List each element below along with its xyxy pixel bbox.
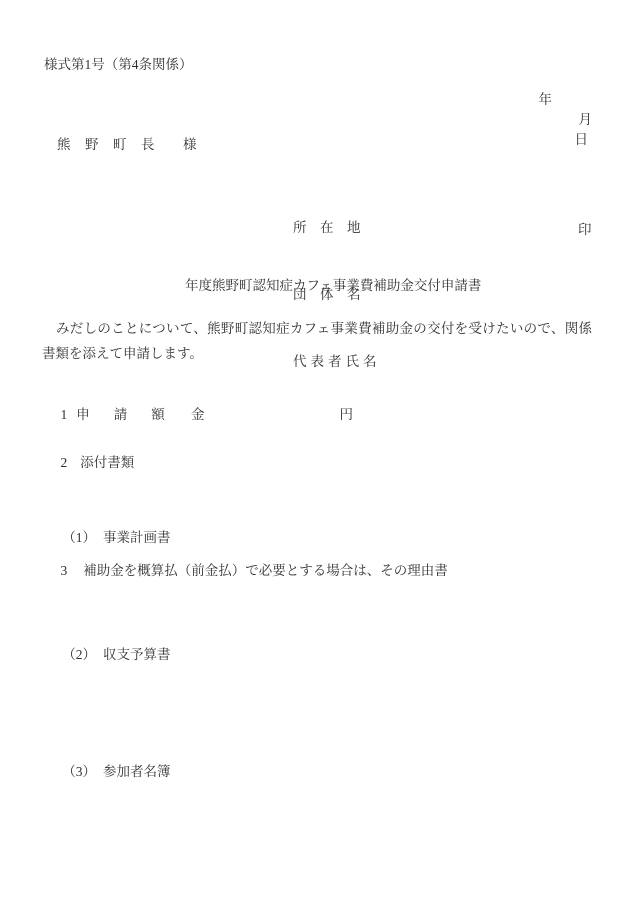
document-page: 様式第1号（第4条関係） 年 月 日 熊 野 町 長 様 所 在 地 団 体 名… (0, 0, 630, 915)
year-label: 年 (539, 92, 553, 107)
body-paragraph: みだしのことについて、熊野町認知症カフェ事業費補助金の交付を受けたいので、関係書… (42, 317, 592, 366)
amount-label: 申 請 額 (76, 407, 170, 422)
day-label: 日 (575, 132, 589, 147)
document-title: 年度熊野町認知症カフェ事業費補助金交付申請書 (185, 274, 481, 294)
amount-currency-suffix: 円 (340, 407, 354, 422)
sender-block: 所 在 地 団 体 名 代表者氏名 (293, 172, 381, 418)
attachment-item: （3）参加者名簿 (42, 737, 171, 807)
attachment-item-label: 参加者名簿 (103, 764, 171, 779)
attachment-item-label: 収支予算書 (103, 647, 171, 662)
attachment-item: （2）収支予算書 (42, 620, 171, 690)
address-label: 所 在 地 (293, 217, 381, 239)
prepayment-note-row: 3補助金を概算払（前金払）で必要とする場合は、その理由書 (47, 543, 448, 595)
month-label: 月 (579, 112, 593, 127)
prepayment-note-text: 補助金を概算払（前金払）で必要とする場合は、その理由書 (83, 563, 448, 578)
amount-currency-prefix: 金 (191, 407, 205, 422)
seal-mark: 印 (578, 218, 592, 238)
attachments-list: （1）事業計画書 （2）収支予算書 （3）参加者名簿 (42, 456, 171, 854)
item3-number: 3 (61, 563, 68, 578)
form-number: 様式第1号（第4条関係） (44, 53, 193, 73)
attachment-item-number: （2） (62, 647, 96, 662)
addressee-mayor: 熊 野 町 長 様 (57, 133, 197, 153)
amount-row: 1申 請 額金円 (47, 387, 353, 439)
date-line: 年 月 日 (525, 72, 592, 164)
attachment-item-number: （3） (62, 764, 96, 779)
item1-number: 1 (61, 407, 68, 422)
